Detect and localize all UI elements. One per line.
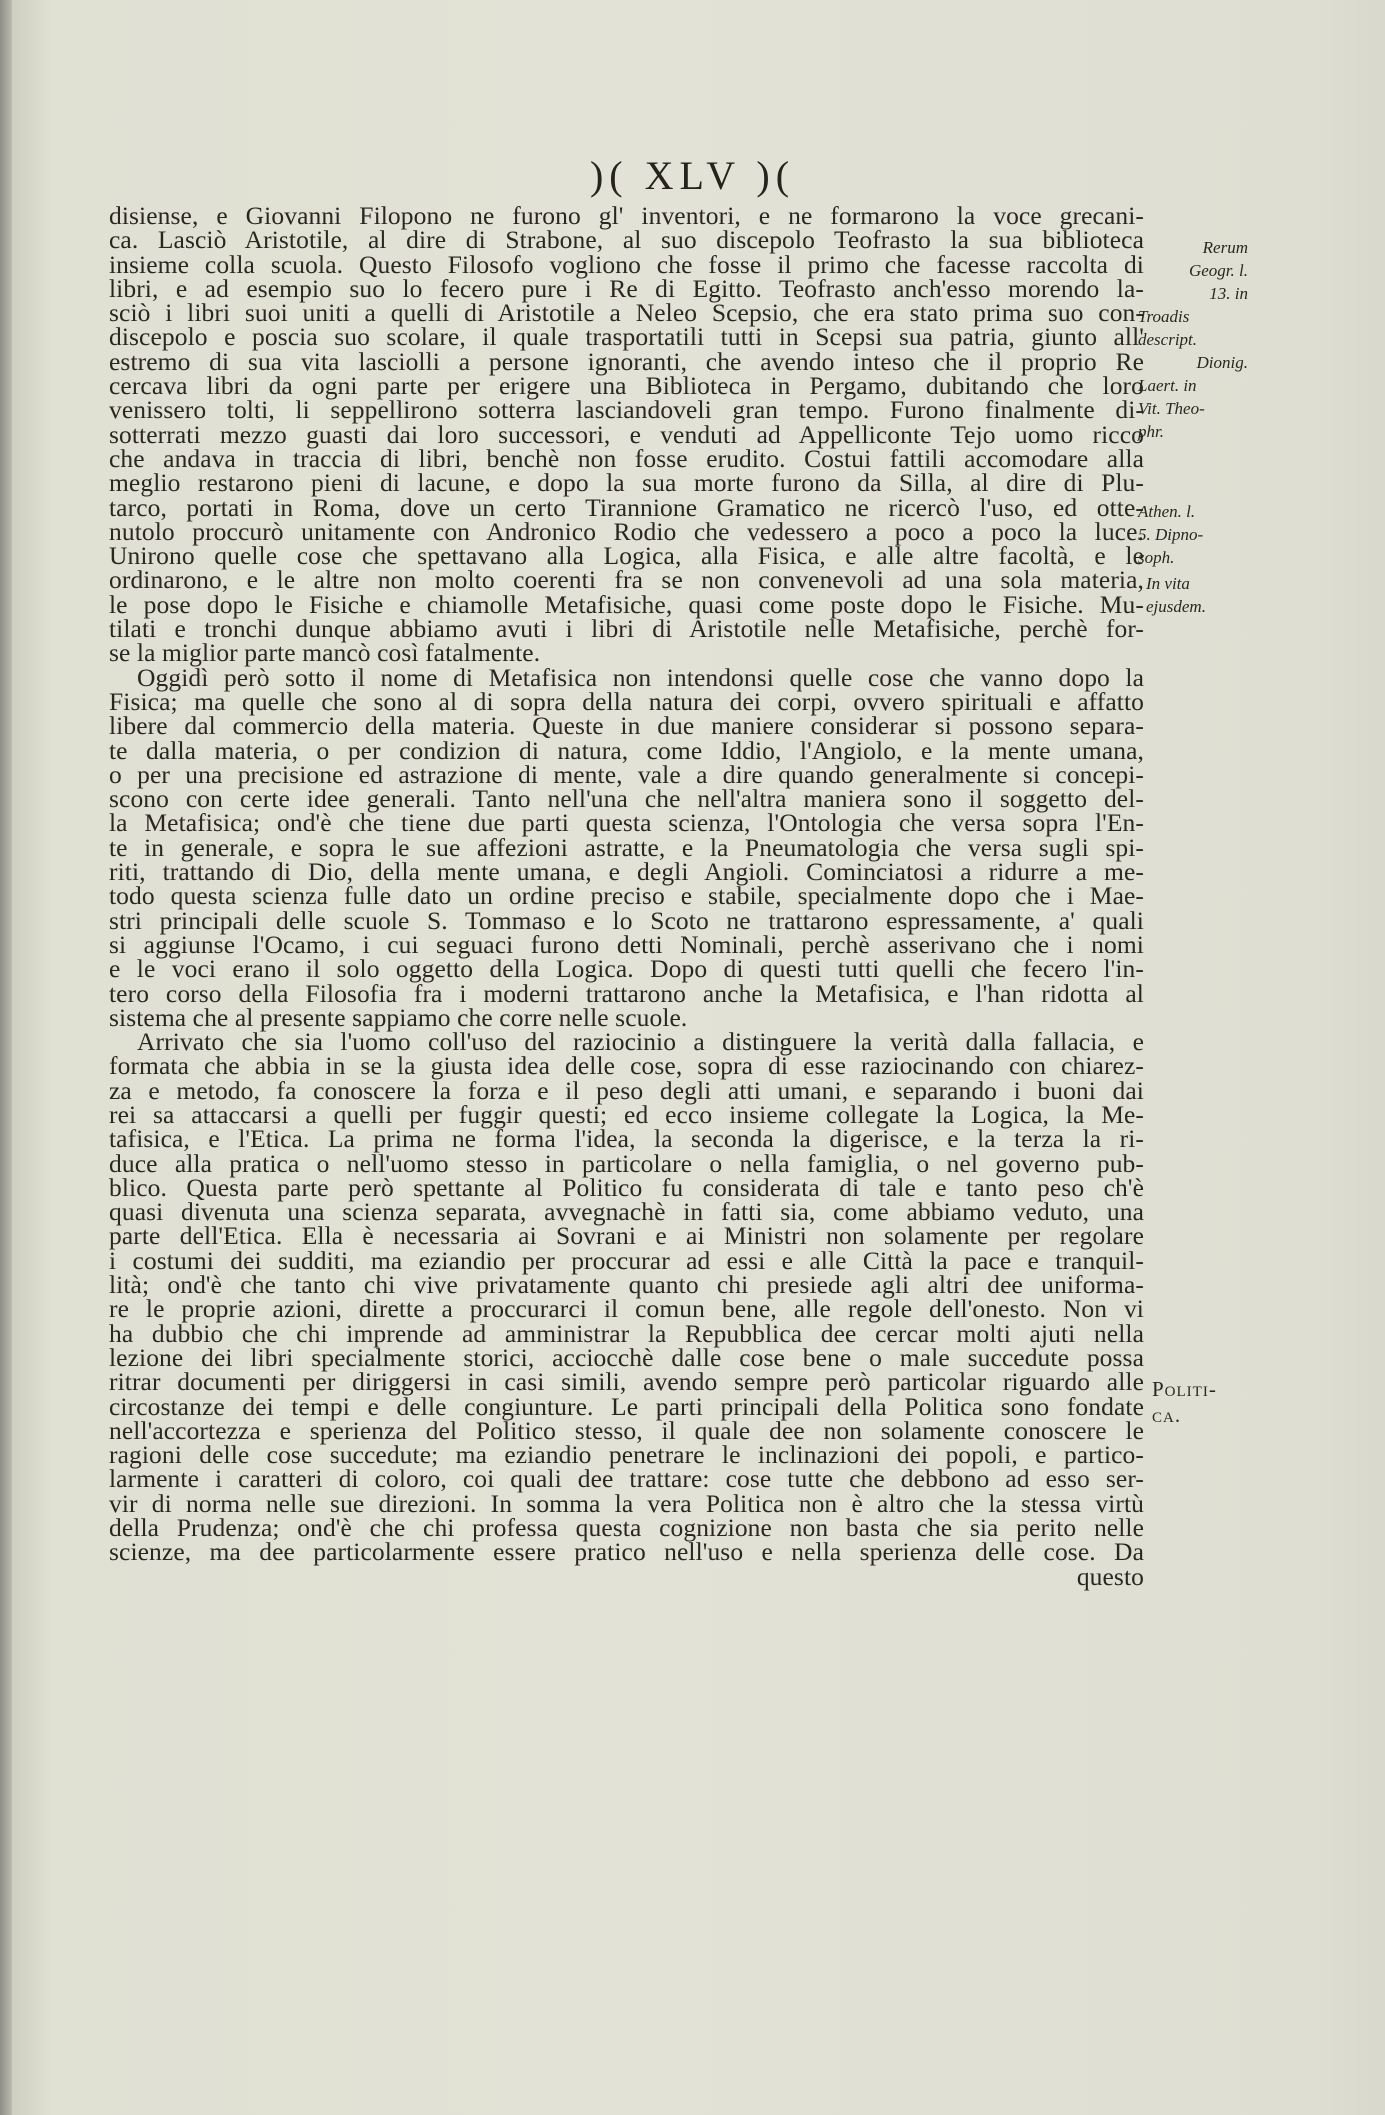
- marginal-note-in-vita: In vita ejusdem.: [1138, 572, 1256, 618]
- marginal-note-diogenes-laertius: Dionig. Laert. in Vit. Theo- phr.: [1138, 351, 1248, 443]
- note-line: Rerum: [1138, 236, 1248, 259]
- text-line: e le voci erano il solo oggetto della Lo…: [109, 957, 1144, 981]
- note-line: ejusdem.: [1146, 595, 1256, 618]
- note-line: Politi-: [1152, 1376, 1262, 1402]
- text-line: scienze, ma dee particolarmente essere p…: [109, 1540, 1144, 1564]
- note-line: Troadis: [1138, 305, 1248, 328]
- marginal-note-athenaeus: Athen. l. 5. Dipno- soph.: [1138, 500, 1248, 569]
- note-line: Athen. l.: [1138, 500, 1248, 523]
- note-line: descript.: [1138, 328, 1248, 351]
- text-line: re le proprie azioni, dirette a proccura…: [109, 1297, 1144, 1321]
- note-line: phr.: [1138, 420, 1248, 443]
- note-line: Vit. Theo-: [1138, 397, 1248, 420]
- text-line: libere dal commercio della materia. Ques…: [109, 714, 1144, 738]
- text-line: ritrar documenti per diriggersi in casi …: [109, 1370, 1144, 1394]
- note-line: Geogr. l.: [1138, 259, 1248, 282]
- note-line: Laert. in: [1138, 374, 1248, 397]
- book-spine-edge: [0, 0, 12, 2115]
- catchword: questo: [109, 1565, 1144, 1589]
- text-line: meglio restarono pieni di lacune, e dopo…: [109, 471, 1144, 495]
- text-line: todo questa scienza fulle dato un ordine…: [109, 884, 1144, 908]
- note-line: 13. in: [1138, 282, 1248, 305]
- text-line: ca. Lasciò Aristotile, al dire di Strabo…: [109, 228, 1144, 252]
- note-line: In vita: [1146, 572, 1256, 595]
- note-line: ca.: [1152, 1402, 1262, 1428]
- marginal-heading-politica: Politi- ca.: [1152, 1376, 1262, 1428]
- text-line: se la miglior parte mancò così fatalment…: [109, 641, 1144, 665]
- text-line: tafisica, e l'Etica. La prima ne forma l…: [109, 1127, 1144, 1151]
- page-header-number: )( XLV )(: [0, 152, 1385, 199]
- note-line: Dionig.: [1138, 351, 1248, 374]
- note-line: soph.: [1138, 546, 1248, 569]
- marginal-note-strabo: Rerum Geogr. l. 13. in Troadis descript.: [1138, 236, 1248, 351]
- note-line: 5. Dipno-: [1138, 523, 1248, 546]
- main-text-block: disiense, e Giovanni Filopono ne furono …: [109, 204, 1144, 1589]
